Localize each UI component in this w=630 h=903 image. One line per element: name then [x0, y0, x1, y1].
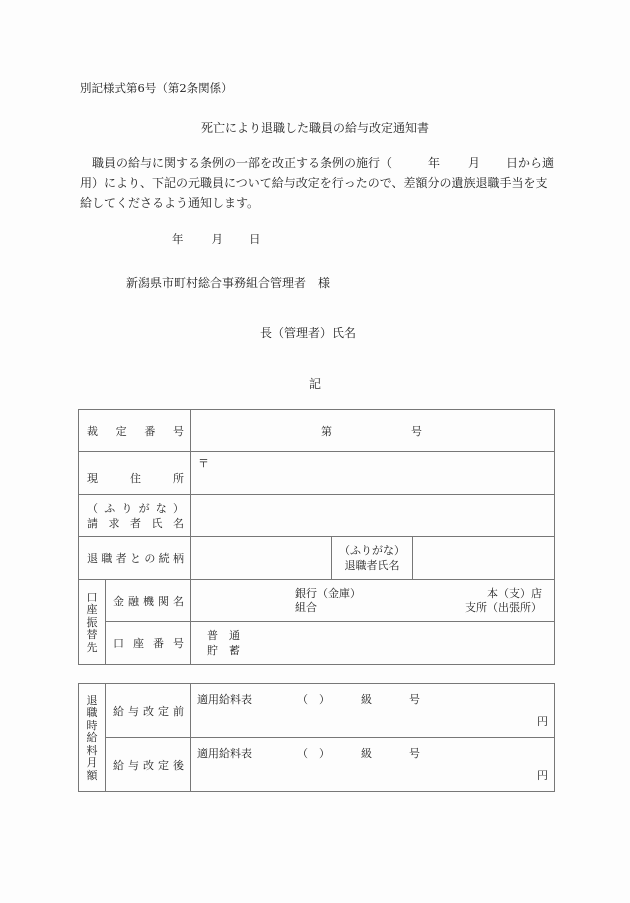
- bank-type-union: 組合: [295, 601, 317, 615]
- claimant-table: 裁定番号 第 号 現住所 〒 （ふりがな） 請求者氏名 退職者との続柄 （ふりが…: [78, 409, 555, 665]
- relationship-field[interactable]: [191, 537, 332, 580]
- paragraph-part2: により、下記の元職員について給与改定を行ったので、差額分の遺族退職手当を支給して…: [80, 176, 548, 210]
- claimant-name-label: （ふりがな） 請求者氏名: [79, 495, 191, 537]
- claimant-name-field[interactable]: [191, 495, 555, 537]
- bank-name-label: 金融機関名: [106, 580, 191, 622]
- salary-before-label: 給与改定前: [106, 684, 191, 738]
- salary-after-label: 給与改定後: [106, 738, 191, 792]
- retiree-name-label: （ふりがな） 退職者氏名: [332, 537, 413, 580]
- branch-type-main: 本（支）店: [487, 587, 542, 601]
- salary-after-paren: （ ）: [297, 745, 330, 761]
- bank-type-bank: 銀行（金庫）: [295, 587, 361, 601]
- salary-after-yen: 円: [537, 767, 548, 783]
- retiree-name-text: 退職者氏名: [332, 558, 412, 573]
- document-title: 死亡により退職した職員の給与改定通知書: [0, 119, 630, 136]
- address-field[interactable]: 〒: [191, 452, 555, 495]
- postal-mark: 〒: [198, 457, 209, 470]
- sender: 長（管理者）氏名: [260, 324, 356, 341]
- salary-before-yen: 円: [537, 713, 548, 729]
- paragraph-year: 年: [428, 156, 440, 170]
- salary-after-step: 号: [409, 745, 420, 761]
- account-number-field[interactable]: 普 通 貯 蓄: [191, 622, 555, 665]
- decision-number-suffix: 号: [411, 423, 422, 439]
- retiree-furigana-label: （ふりがな）: [332, 543, 412, 558]
- addressee: 新潟県市町村総合事務組合管理者 様: [126, 274, 330, 291]
- salary-group-label: 退職時給料月額: [79, 684, 106, 792]
- decision-number-prefix: 第: [321, 423, 332, 439]
- salary-after-grade: 級: [361, 745, 372, 761]
- account-group-label: 口座振替先: [79, 580, 106, 665]
- branch-type-sub: 支所（出張所）: [465, 601, 542, 615]
- furigana-label: （ふりがな）: [87, 501, 184, 516]
- decision-number-field[interactable]: 第 号: [191, 410, 555, 452]
- salary-before-table-label: 適用給料表: [197, 691, 252, 707]
- relationship-label: 退職者との続柄: [79, 537, 191, 580]
- date-line: 年月日: [172, 231, 261, 247]
- account-number-label: 口座番号: [106, 622, 191, 665]
- salary-after-table-label: 適用給料表: [197, 745, 252, 761]
- account-type-ordinary: 普 通: [207, 628, 554, 643]
- salary-after-field[interactable]: 適用給料表 （ ） 級 号 円: [191, 738, 555, 792]
- salary-before-field[interactable]: 適用給料表 （ ） 級 号 円: [191, 684, 555, 738]
- decision-number-label: 裁定番号: [79, 410, 191, 452]
- paragraph-part1: 職員の給与に関する条例の一部を改正する条例の施行（: [80, 156, 392, 170]
- salary-table: 退職時給料月額 給与改定前 適用給料表 （ ） 級 号 円 給与改定後 適用給料…: [78, 683, 555, 792]
- date-day: 日: [249, 231, 261, 247]
- date-month: 月: [212, 231, 224, 247]
- ki-heading: 記: [0, 375, 630, 392]
- body-paragraph: 職員の給与に関する条例の一部を改正する条例の施行（年月日から適用）により、下記の…: [80, 153, 556, 213]
- claimant-name-text: 請求者氏名: [87, 516, 184, 531]
- account-type-savings: 貯 蓄: [207, 643, 554, 658]
- form-id: 別記様式第6号（第2条関係）: [80, 80, 233, 96]
- bank-name-field[interactable]: 銀行（金庫）本（支）店 組合支所（出張所）: [191, 580, 555, 622]
- address-label: 現住所: [79, 452, 191, 495]
- salary-before-grade: 級: [361, 691, 372, 707]
- salary-before-step: 号: [409, 691, 420, 707]
- retiree-name-field[interactable]: [413, 537, 555, 580]
- date-year: 年: [172, 231, 184, 247]
- paragraph-month: 月: [468, 156, 480, 170]
- salary-before-paren: （ ）: [297, 691, 330, 707]
